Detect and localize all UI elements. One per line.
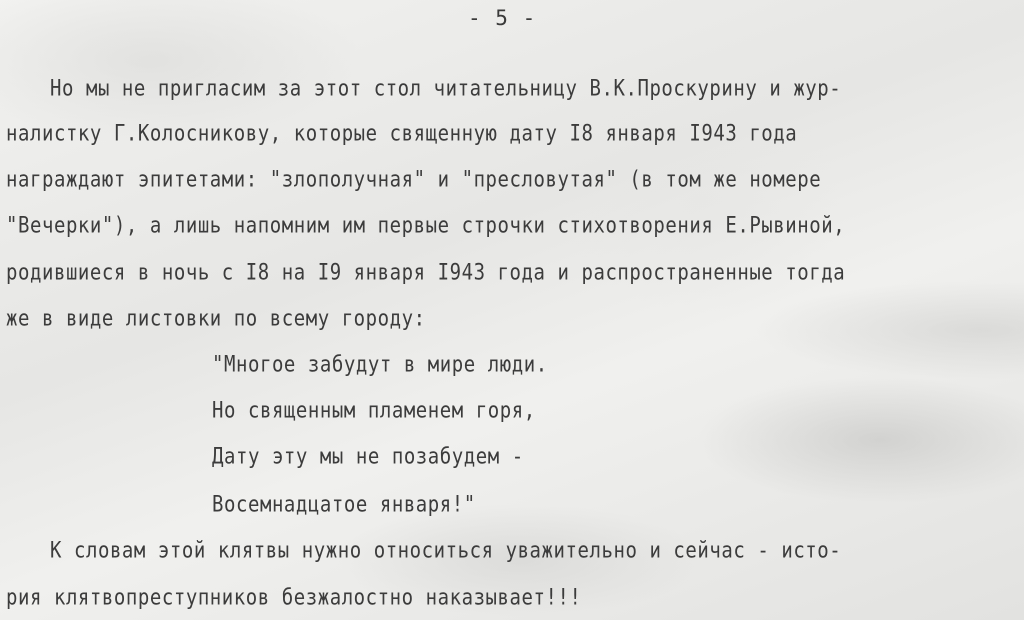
page-number: - 5 - xyxy=(468,6,536,30)
paragraph-1-line-3: награждают эпитетами: "злополучная" и "п… xyxy=(6,169,821,191)
poem-line-3: Дату эту мы не позабудем - xyxy=(212,446,524,468)
poem-line-2: Но священным пламенем горя, xyxy=(212,400,536,422)
paragraph-1-line-1: Но мы не пригласим за этот стол читатель… xyxy=(50,78,841,100)
paragraph-2-line-2: рия клятвопреступников безжалостно наказ… xyxy=(6,587,581,609)
paragraph-2-line-1: К словам этой клятвы нужно относиться ув… xyxy=(50,540,841,562)
paragraph-1-line-5: родившиеся в ночь с I8 на I9 января I943… xyxy=(6,262,845,284)
paragraph-1-line-6: же в виде листовки по всему городу: xyxy=(6,308,426,330)
paragraph-1-line-2: налистку Г.Колосникову, которые священну… xyxy=(6,123,797,145)
poem-line-4: Восемнадцатое января!" xyxy=(212,494,476,516)
poem-line-1: "Многое забудут в мире люди. xyxy=(212,354,548,376)
typewritten-page: - 5 - Но мы не пригласим за этот стол чи… xyxy=(0,0,1024,620)
paragraph-1-line-4: "Вечерки"), а лишь напомним им первые ст… xyxy=(6,215,845,237)
